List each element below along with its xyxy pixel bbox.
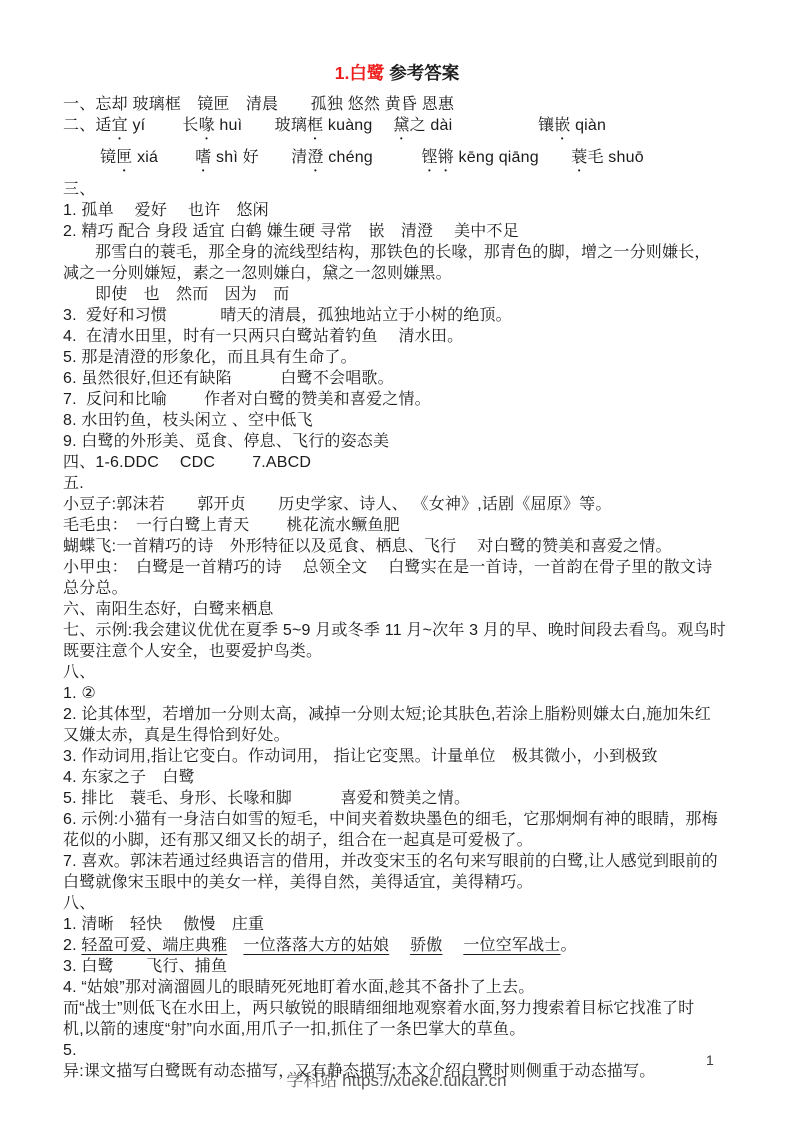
- text-segment: 四、1-6.DDC CDC 7.ABCD: [63, 454, 311, 471]
- text-segment: 7. 喜欢。郭沫若通过经典语言的借用，并改变宋玉的名句来写眼前的白鹭,让人感觉到…: [63, 853, 718, 870]
- text-segment: kuàng: [323, 117, 393, 134]
- text-line: 1. ②: [63, 683, 731, 704]
- text-segment: chéng: [324, 149, 422, 166]
- document-content: 1.白鹭 参考答案 一、忘却 玻璃框 镜匣 清晨 孤独 悠然 黄昏 恩惠二、适宜…: [63, 60, 731, 1082]
- text-segment: 4. 东家之子 白鹭: [63, 769, 195, 786]
- text-segment: 二、适: [63, 117, 112, 134]
- text-segment: 5. 排比 蓑毛、身形、长喙和脚 喜爱和赞美之情。: [63, 790, 470, 807]
- text-segment: 8. 水田钓鱼，枝头闲立 、空中低飞: [63, 412, 313, 429]
- text-line: 7. 喜欢。郭沫若通过经典语言的借用，并改变宋玉的名句来写眼前的白鹭,让人感觉到…: [63, 851, 731, 872]
- text-segment: 白鹭就像宋玉眼中的美女一样，美得自然，美得适宜，美得精巧。: [63, 874, 533, 891]
- text-segment: [227, 937, 243, 954]
- text-segment: 毛 shuō: [587, 149, 643, 166]
- text-line: 三、: [63, 179, 731, 200]
- text-line: 既要注意个人安全，也要爱护鸟类。: [63, 641, 731, 662]
- text-segment: 八、: [63, 664, 95, 681]
- text-segment: 2. 论其体型，若增加一分则太高，减掉一分则太短;论其肤色,若涂上脂粉则嫌太白,…: [63, 706, 711, 723]
- text-segment: 3. 爱好和习惯 晴天的清晨，孤独地站立于小树的绝顶。: [63, 307, 512, 324]
- text-line: 八、: [63, 662, 731, 683]
- text-segment: 6. 示例:小猫有一身洁白如雪的短毛，中间夹着数块墨色的细毛，它那炯炯有神的眼睛…: [63, 811, 718, 828]
- text-segment: 小甲虫： 白鹭是一首精巧的诗 总领全文 白鹭实在是一首诗，一首韵在骨子里的散文诗: [63, 559, 712, 576]
- text-segment: 又嫌太赤，真是生得恰到好处。: [63, 727, 290, 744]
- text-segment: 五.: [63, 475, 84, 492]
- text-segment: 2.: [63, 937, 81, 954]
- text-line: 减之一分则嫌短，素之一忽则嫌白，黛之一忽则嫌黑。: [63, 263, 731, 284]
- text-segment: 7. 反问和比喻 作者对白鹭的赞美和喜爱之情。: [63, 391, 431, 408]
- text-line: 白鹭就像宋玉眼中的美女一样，美得自然，美得适宜，美得精巧。: [63, 872, 731, 893]
- text-line: 而“战士”则低飞在水田上，两只敏锐的眼睛细细地观察着水面,努力搜索着目标它找准了…: [63, 998, 731, 1019]
- emphasized-char: 框: [307, 117, 323, 134]
- title-answers-label: 参考答案: [384, 63, 459, 83]
- document-title: 1.白鹭 参考答案: [63, 60, 731, 86]
- text-line: 5. 排比 蓑毛、身形、长喙和脚 喜爱和赞美之情。: [63, 788, 731, 809]
- emphasized-char: 澄: [307, 149, 323, 166]
- text-segment: yí 长: [128, 117, 199, 134]
- text-segment: 六、南阳生态好，白鹭来栖息: [63, 601, 274, 618]
- text-line: 八、: [63, 893, 731, 914]
- underlined-text: 一位空军战士: [463, 937, 560, 954]
- text-segment: 既要注意个人安全，也要爱护鸟类。: [63, 643, 322, 660]
- text-segment: xiá: [132, 149, 195, 166]
- text-segment: 3. 作动词用,指让它变白。作动词用， 指让它变黑。计量单位 极其微小，小到极致: [63, 748, 658, 765]
- text-line: 9. 白鹭的外形美、觅食、停息、飞行的姿态美: [63, 431, 731, 452]
- text-segment: 蝴蝶飞:一首精巧的诗 外形特征以及觅食、栖息、飞行 对白鹭的赞美和喜爱之情。: [63, 538, 672, 555]
- text-line: 镜匣 xiá 嗜 shì 好 清澄 chéng 铿锵 kēng qiāng 蓑毛…: [63, 147, 731, 179]
- text-segment: [442, 937, 463, 954]
- text-segment: 4. 在清水田里，时有一只两只白鹭站着钓鱼 清水田。: [63, 328, 463, 345]
- text-line: 又嫌太赤，真是生得恰到好处。: [63, 725, 731, 746]
- text-segment: 毛毛虫： 一行白鹭上青天 桃花流水鳜鱼肥: [63, 517, 400, 534]
- text-line: 3. 爱好和习惯 晴天的清晨，孤独地站立于小树的绝顶。: [63, 305, 731, 326]
- text-segment: 之 dài 镶: [410, 117, 555, 134]
- text-segment: 减之一分则嫌短，素之一忽则嫌白，黛之一忽则嫌黑。: [63, 265, 452, 282]
- text-line: 6. 示例:小猫有一身洁白如雪的短毛，中间夹着数块墨色的细毛，它那炯炯有神的眼睛…: [63, 809, 731, 830]
- text-segment: 机,以箭的速度“射”向水面,用爪子一扣,抓住了一条巴掌大的草鱼。: [63, 1021, 525, 1038]
- text-segment: 5. 那是清澄的形象化，而且具有生命了。: [63, 349, 357, 366]
- text-line: 1. 清晰 轻快 傲慢 庄重: [63, 914, 731, 935]
- emphasized-char: 宜: [112, 117, 128, 134]
- emphasized-char: 铿: [422, 149, 438, 166]
- text-segment: 3. 白鹭 飞行、捕鱼: [63, 958, 227, 975]
- text-segment: qiàn: [570, 117, 606, 134]
- emphasized-char: 嗜: [195, 149, 211, 166]
- text-segment: 9. 白鹭的外形美、觅食、停息、飞行的姿态美: [63, 433, 389, 450]
- emphasized-char: 喙: [199, 117, 215, 134]
- emphasized-char: 锵: [438, 149, 454, 166]
- text-line: 那雪白的蓑毛，那全身的流线型结构，那铁色的长喙，那青色的脚，增之一分则嫌长，: [63, 242, 731, 263]
- text-line: 8. 水田钓鱼，枝头闲立 、空中低飞: [63, 410, 731, 431]
- text-segment: 6. 虽然很好,但还有缺陷 白鹭不会唱歌。: [63, 370, 394, 387]
- text-segment: [389, 937, 410, 954]
- text-segment: 而“战士”则低飞在水田上，两只敏锐的眼睛细细地观察着水面,努力搜索着目标它找准了…: [63, 1000, 694, 1017]
- text-line: 六、南阳生态好，白鹭来栖息: [63, 599, 731, 620]
- text-line: 4. 在清水田里，时有一只两只白鹭站着钓鱼 清水田。: [63, 326, 731, 347]
- text-segment: 即使 也 然而 因为 而: [95, 286, 289, 303]
- text-segment: 总分总。: [63, 580, 128, 597]
- underlined-text: 骄傲: [410, 937, 442, 954]
- text-segment: 小豆子:郭沫若 郭开贞 历史学家、诗人、 《女神》,话剧《屈原》等。: [63, 496, 612, 513]
- text-segment: 1. 孤单 爱好 也许 悠闲: [63, 202, 269, 219]
- text-segment: shì 好 清: [211, 149, 307, 166]
- underlined-text: 一位落落大方的姑娘: [243, 937, 389, 954]
- text-segment: 八、: [63, 895, 95, 912]
- text-segment: 镜: [63, 149, 116, 166]
- answer-lines: 一、忘却 玻璃框 镜匣 清晨 孤独 悠然 黄昏 恩惠二、适宜 yí 长喙 huì…: [63, 94, 731, 1082]
- text-segment: 1. 清晰 轻快 傲慢 庄重: [63, 916, 264, 933]
- text-segment: 2. 精巧 配合 身段 适宜 白鹤 嫌生硬 寻常 嵌 清澄 美中不足: [63, 223, 519, 240]
- text-line: 花似的小脚，还有那又细又长的胡子，组合在一起真是可爱极了。: [63, 830, 731, 851]
- text-segment: 三、: [63, 181, 95, 198]
- text-line: 一、忘却 玻璃框 镜匣 清晨 孤独 悠然 黄昏 恩惠: [63, 94, 731, 115]
- text-line: 2. 精巧 配合 身段 适宜 白鹤 嫌生硬 寻常 嵌 清澄 美中不足: [63, 221, 731, 242]
- text-segment: 七、示例:我会建议优优在夏季 5~9 月或冬季 11 月~次年 3 月的早、晚时…: [63, 622, 726, 639]
- text-segment: 花似的小脚，还有那又细又长的胡子，组合在一起真是可爱极了。: [63, 832, 533, 849]
- text-line: 即使 也 然而 因为 而: [63, 284, 731, 305]
- emphasized-char: 嵌: [554, 117, 570, 134]
- text-line: 小豆子:郭沫若 郭开贞 历史学家、诗人、 《女神》,话剧《屈原》等。: [63, 494, 731, 515]
- document-page: 1.白鹭 参考答案 一、忘却 玻璃框 镜匣 清晨 孤独 悠然 黄昏 恩惠二、适宜…: [0, 0, 793, 1122]
- text-line: 七、示例:我会建议优优在夏季 5~9 月或冬季 11 月~次年 3 月的早、晚时…: [63, 620, 731, 641]
- text-line: 蝴蝶飞:一首精巧的诗 外形特征以及觅食、栖息、飞行 对白鹭的赞美和喜爱之情。: [63, 536, 731, 557]
- text-line: 五.: [63, 473, 731, 494]
- text-segment: 一、忘却 玻璃框 镜匣 清晨 孤独 悠然 黄昏 恩惠: [63, 96, 454, 113]
- text-line: 2. 轻盈可爱、端庄典雅 一位落落大方的姑娘 骄傲 一位空军战士。: [63, 935, 731, 956]
- text-line: 总分总。: [63, 578, 731, 599]
- text-line: 5. 那是清澄的形象化，而且具有生命了。: [63, 347, 731, 368]
- emphasized-char: 蓑: [571, 149, 587, 166]
- text-segment: 1. ②: [63, 685, 96, 702]
- text-line: 四、1-6.DDC CDC 7.ABCD: [63, 452, 731, 473]
- text-segment: 4. “姑娘”那对滴溜圆儿的眼睛死死地盯着水面,趁其不备扑了上去。: [63, 979, 535, 996]
- text-line: 5.: [63, 1040, 731, 1061]
- emphasized-char: 黛: [393, 117, 409, 134]
- text-line: 3. 白鹭 飞行、捕鱼: [63, 956, 731, 977]
- emphasized-char: 匣: [116, 149, 132, 166]
- text-line: 4. 东家之子 白鹭: [63, 767, 731, 788]
- text-line: 6. 虽然很好,但还有缺陷 白鹭不会唱歌。: [63, 368, 731, 389]
- text-segment: kēng qiāng: [454, 149, 571, 166]
- text-line: 小甲虫： 白鹭是一首精巧的诗 总领全文 白鹭实在是一首诗，一首韵在骨子里的散文诗: [63, 557, 731, 578]
- text-line: 3. 作动词用,指让它变白。作动词用， 指让它变黑。计量单位 极其微小，小到极致: [63, 746, 731, 767]
- text-line: 毛毛虫： 一行白鹭上青天 桃花流水鳜鱼肥: [63, 515, 731, 536]
- text-segment: 5.: [63, 1042, 77, 1059]
- text-line: 7. 反问和比喻 作者对白鹭的赞美和喜爱之情。: [63, 389, 731, 410]
- text-segment: 。: [561, 937, 577, 954]
- text-line: 4. “姑娘”那对滴溜圆儿的眼睛死死地盯着水面,趁其不备扑了上去。: [63, 977, 731, 998]
- text-segment: huì 玻璃: [215, 117, 307, 134]
- text-line: 2. 论其体型，若增加一分则太高，减掉一分则太短;论其肤色,若涂上脂粉则嫌太白,…: [63, 704, 731, 725]
- text-line: 机,以箭的速度“射”向水面,用爪子一扣,抓住了一条巴掌大的草鱼。: [63, 1019, 731, 1040]
- title-lesson-number: 1.白鹭: [335, 63, 385, 83]
- text-line: 二、适宜 yí 长喙 huì 玻璃框 kuàng 黛之 dài 镶嵌 qiàn: [63, 115, 731, 147]
- footer-watermark: 学科站 https://xueke.tuikar.cn: [0, 1066, 793, 1091]
- underlined-text: 轻盈可爱、端庄典雅: [81, 937, 227, 954]
- text-segment: 那雪白的蓑毛，那全身的流线型结构，那铁色的长喙，那青色的脚，增之一分则嫌长，: [95, 244, 711, 261]
- text-line: 1. 孤单 爱好 也许 悠闲: [63, 200, 731, 221]
